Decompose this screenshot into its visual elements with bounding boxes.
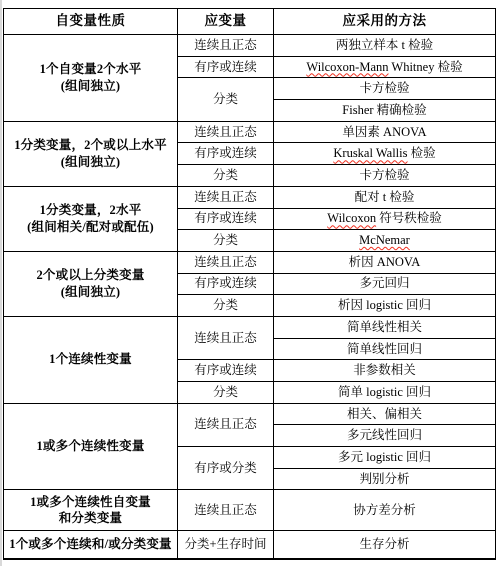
method-text: 简单线性相关 — [347, 320, 422, 334]
header-independent-variable: 自变量性质 — [4, 9, 178, 35]
method-text: 简单 logistic 回归 — [338, 385, 431, 399]
method-cell: 析因 ANOVA — [274, 251, 496, 273]
method-text: 析因 logistic 回归 — [338, 298, 431, 312]
misspelled-text: McNemar — [359, 233, 410, 247]
dependent-variable-cell: 有序或连续 — [178, 56, 274, 78]
dependent-variable-cell: 连续且正态 — [178, 316, 274, 359]
table-row: 1或多个连续性变量连续且正态相关、偏相关 — [4, 403, 496, 425]
dependent-variable-cell: 连续且正态 — [178, 186, 274, 208]
dependent-variable-cell: 有序或连续 — [178, 143, 274, 165]
dependent-variable-cell: 有序或连续 — [178, 208, 274, 230]
method-cell: Wilcoxon 符号秩检验 — [274, 208, 496, 230]
method-cell: 析因 logistic 回归 — [274, 295, 496, 317]
method-text: 多元 logistic 回归 — [338, 450, 431, 464]
method-cell: 多元回归 — [274, 273, 496, 295]
method-text: 配对 t 检验 — [355, 190, 415, 204]
method-cell: McNemar — [274, 230, 496, 252]
misspelled-text: Kruskal Wallis — [333, 146, 407, 160]
method-cell: 生存分析 — [274, 531, 496, 559]
dependent-variable-cell: 分类 — [178, 382, 274, 404]
table-row: 1分类变量，2个或以上水平(组间独立)连续且正态单因素 ANOVA — [4, 121, 496, 143]
method-cell: 单因素 ANOVA — [274, 121, 496, 143]
misspelled-text: Wilcoxon — [327, 211, 376, 225]
method-cell: 简单 logistic 回归 — [274, 382, 496, 404]
dependent-variable-cell: 有序或连续 — [178, 273, 274, 295]
dependent-variable-cell: 分类 — [178, 165, 274, 187]
method-cell: 卡方检验 — [274, 78, 496, 100]
dependent-variable-cell: 分类 — [178, 295, 274, 317]
method-cell: 配对 t 检验 — [274, 186, 496, 208]
independent-variable-cell: 1或多个连续性自变量和分类变量 — [4, 490, 178, 531]
table-row: 2个或以上分类变量(组间独立)连续且正态析因 ANOVA — [4, 251, 496, 273]
method-text: 非参数相关 — [353, 363, 416, 377]
dependent-variable-cell: 分类 — [178, 78, 274, 121]
method-cell: 两独立样本 t 检验 — [274, 35, 496, 57]
independent-variable-cell: 1或多个连续性变量 — [4, 403, 178, 490]
dependent-variable-cell: 有序或分类 — [178, 447, 274, 490]
table-row: 1或多个连续性自变量和分类变量连续且正态协方差分析 — [4, 490, 496, 531]
method-text: 单因素 ANOVA — [342, 125, 426, 139]
method-text: 两独立样本 t 检验 — [336, 38, 433, 52]
method-cell: 判别分析 — [274, 468, 496, 490]
dependent-variable-cell: 分类 — [178, 230, 274, 252]
method-text: 卡方检验 — [359, 81, 409, 95]
method-text: 判别分析 — [359, 472, 409, 486]
method-text: 符号秩检验 — [376, 211, 442, 225]
table-row: 1分类变量，2水平(组间相关/配对或配伍)连续且正态配对 t 检验 — [4, 186, 496, 208]
independent-variable-cell: 1分类变量，2个或以上水平(组间独立) — [4, 121, 178, 186]
dependent-variable-cell: 连续且正态 — [178, 35, 274, 57]
statistical-methods-table: 自变量性质 应变量 应采用的方法 1个自变量2个水平(组间独立)连续且正态两独立… — [3, 8, 496, 560]
method-cell: 协方差分析 — [274, 490, 496, 531]
method-text: 简单线性回归 — [347, 342, 422, 356]
header-dependent-variable: 应变量 — [178, 9, 274, 35]
dependent-variable-cell: 连续且正态 — [178, 490, 274, 531]
method-text: 协方差分析 — [353, 503, 416, 517]
method-text: Fisher 精确检验 — [342, 103, 426, 117]
method-cell: 卡方检验 — [274, 165, 496, 187]
method-cell: 简单线性相关 — [274, 316, 496, 338]
independent-variable-cell: 1个连续性变量 — [4, 316, 178, 403]
dependent-variable-cell: 连续且正态 — [178, 251, 274, 273]
dependent-variable-cell: 分类+生存时间 — [178, 531, 274, 559]
dependent-variable-cell: 连续且正态 — [178, 403, 274, 446]
table-row: 1个或多个连续和/或分类变量分类+生存时间生存分析 — [4, 531, 496, 559]
page-edge-line — [0, 0, 2, 566]
dependent-variable-cell: 有序或连续 — [178, 360, 274, 382]
method-text: 相关、偏相关 — [347, 407, 422, 421]
independent-variable-cell: 1个或多个连续和/或分类变量 — [4, 531, 178, 559]
method-cell: 非参数相关 — [274, 360, 496, 382]
methods-table-body: 1个自变量2个水平(组间独立)连续且正态两独立样本 t 检验有序或连续Wilco… — [4, 35, 496, 559]
method-text: 多元回归 — [359, 276, 409, 290]
independent-variable-cell: 2个或以上分类变量(组间独立) — [4, 251, 178, 316]
dependent-variable-cell: 连续且正态 — [178, 121, 274, 143]
method-text: 检验 — [407, 146, 435, 160]
misspelled-text: Wilcoxon-Mann — [306, 60, 388, 74]
header-row: 自变量性质 应变量 应采用的方法 — [4, 9, 496, 35]
independent-variable-cell: 1分类变量，2水平(组间相关/配对或配伍) — [4, 186, 178, 251]
method-cell: Wilcoxon-Mann Whitney 检验 — [274, 56, 496, 78]
table-row: 1个自变量2个水平(组间独立)连续且正态两独立样本 t 检验 — [4, 35, 496, 57]
method-text: 卡方检验 — [359, 168, 409, 182]
method-text: Whitney 检验 — [389, 60, 463, 74]
method-cell: 相关、偏相关 — [274, 403, 496, 425]
method-cell: 多元线性回归 — [274, 425, 496, 447]
table-row: 1个连续性变量连续且正态简单线性相关 — [4, 316, 496, 338]
method-cell: Fisher 精确检验 — [274, 100, 496, 122]
independent-variable-cell: 1个自变量2个水平(组间独立) — [4, 35, 178, 122]
method-text: 多元线性回归 — [347, 428, 422, 442]
header-method: 应采用的方法 — [274, 9, 496, 35]
method-cell: Kruskal Wallis 检验 — [274, 143, 496, 165]
method-text: 析因 ANOVA — [349, 255, 421, 269]
method-text: 生存分析 — [359, 537, 409, 551]
method-cell: 多元 logistic 回归 — [274, 447, 496, 469]
method-cell: 简单线性回归 — [274, 338, 496, 360]
